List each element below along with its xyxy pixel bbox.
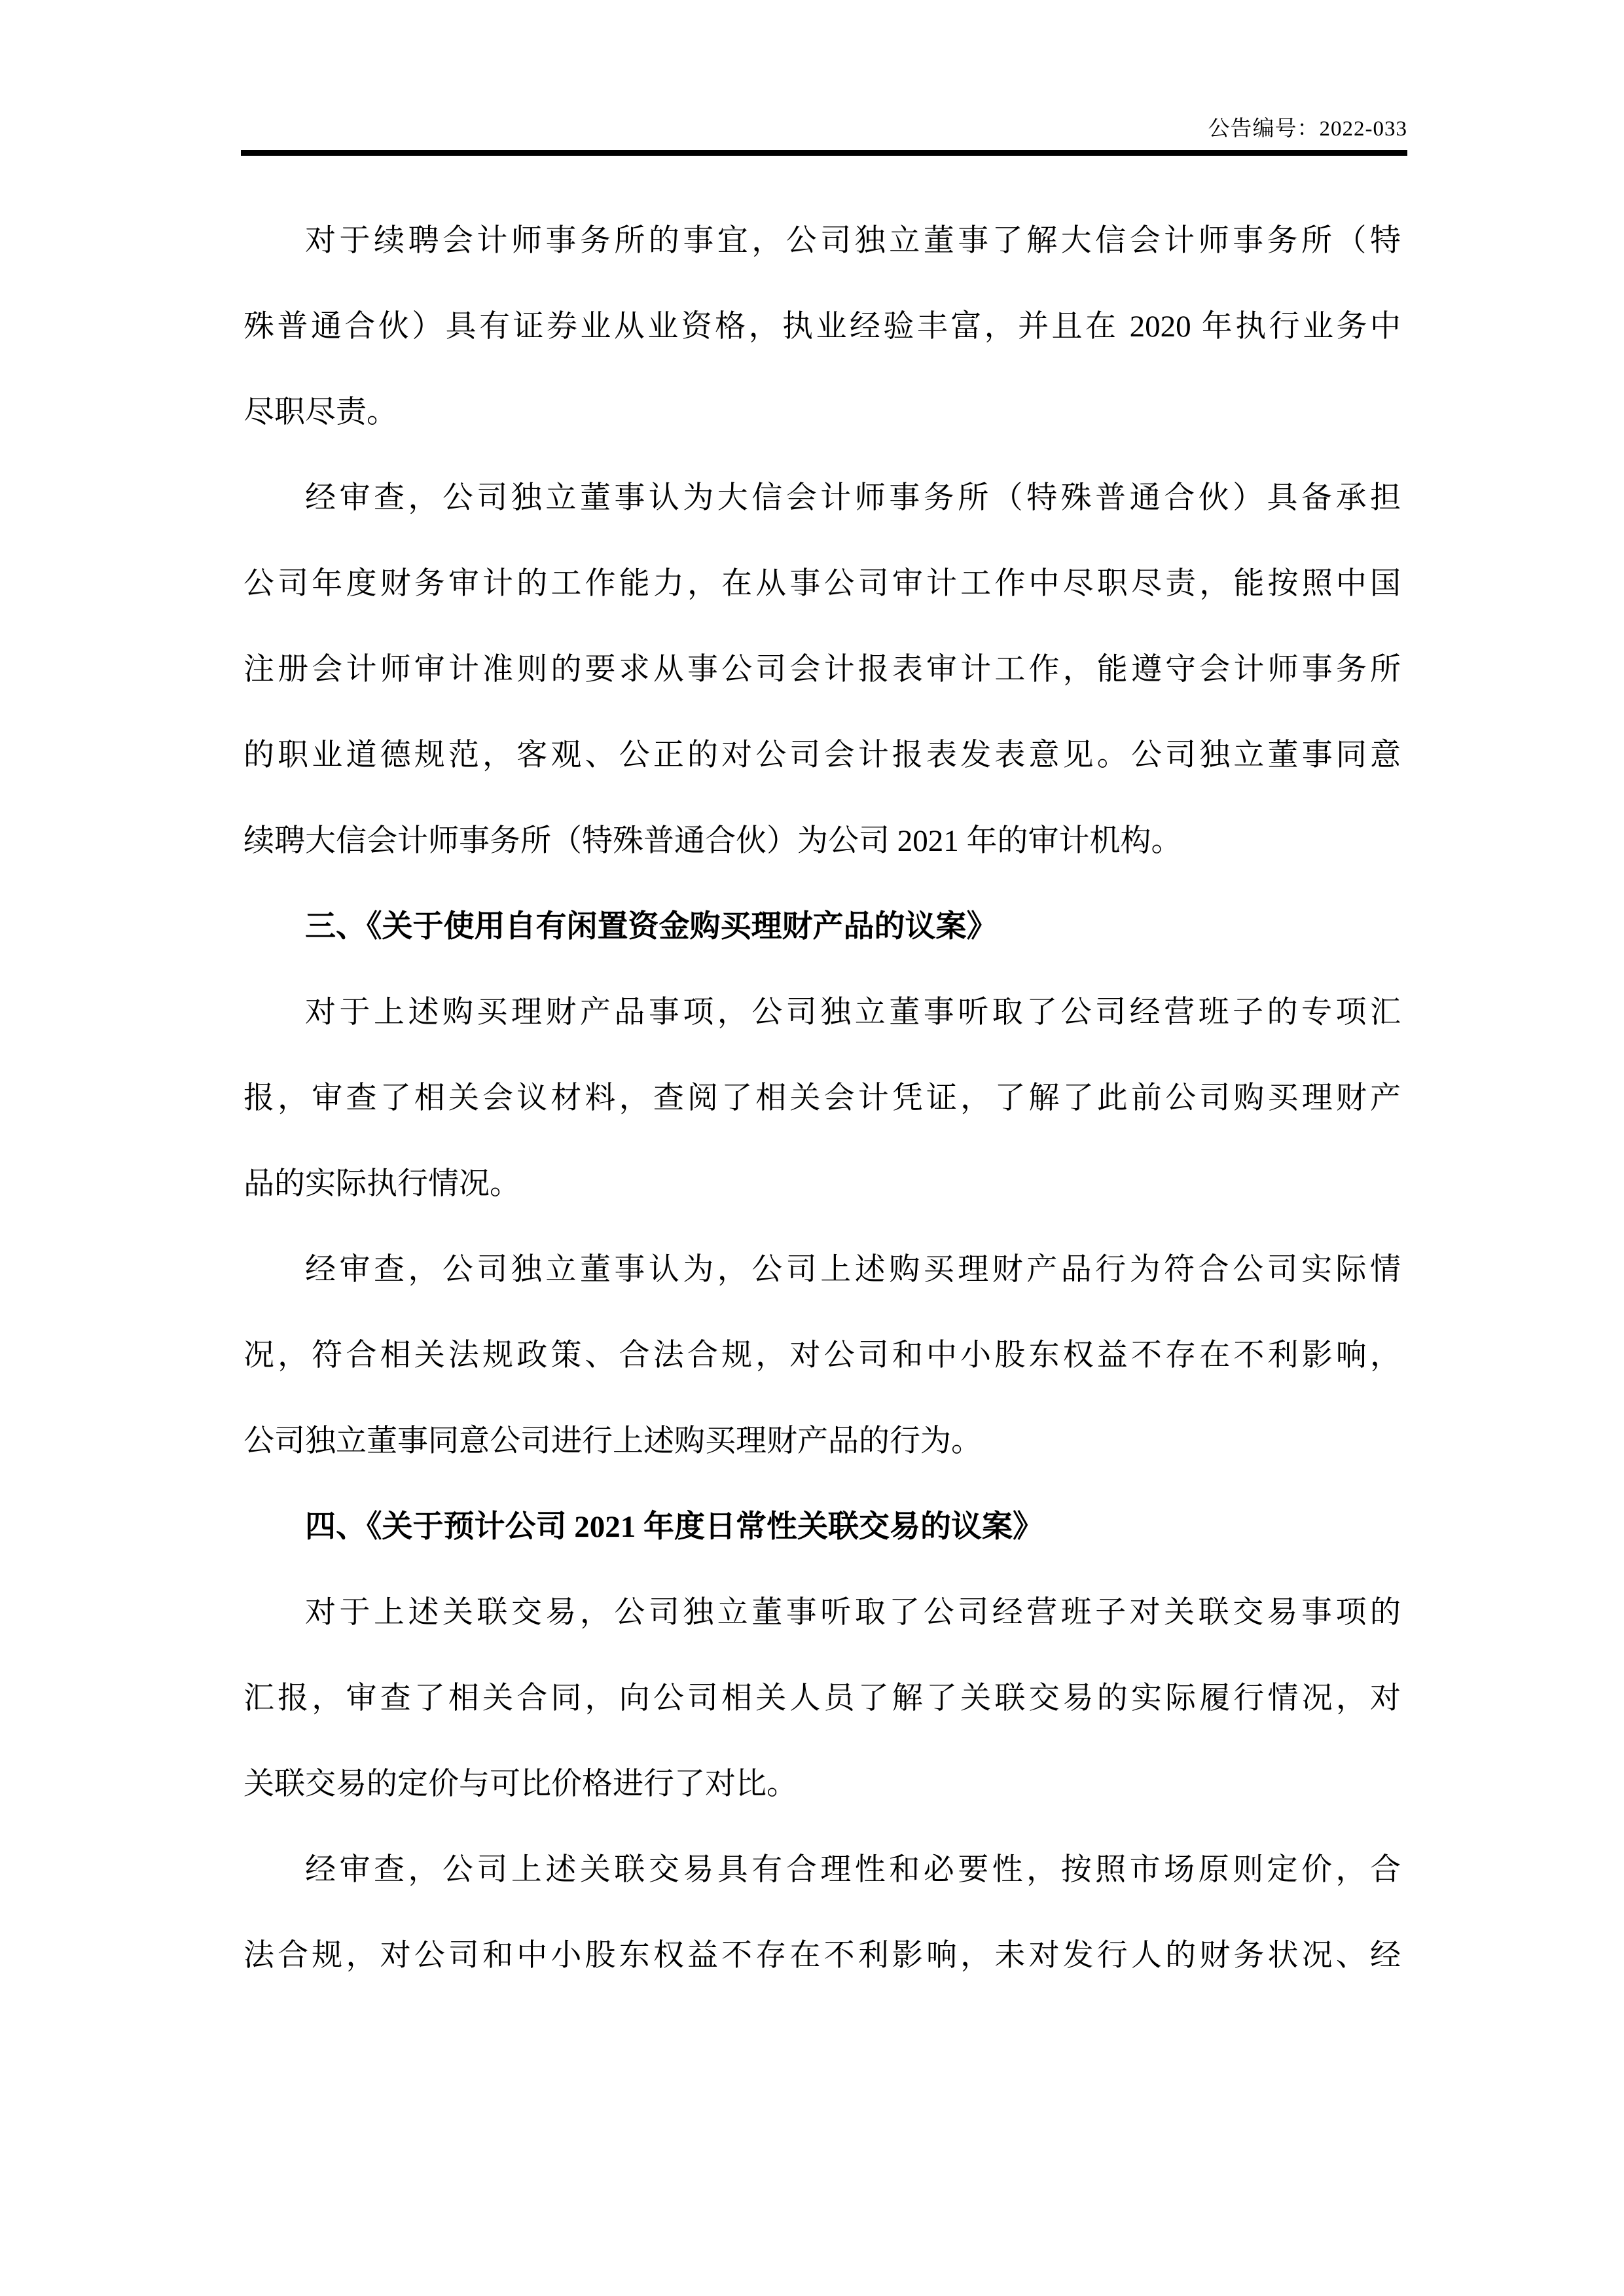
section-heading-3: 三、《关于使用自有闲置资金购买理财产品的议案》: [244, 884, 1401, 970]
paragraph-6-line-2: 法合规，对公司和中小股东权益不存在不利影响，未对发行人的财务状况、经: [244, 1913, 1401, 1999]
paragraph-1-line-2: 殊普通合伙）具有证券业从业资格，执业经验丰富，并且在 2020 年执行业务中: [244, 284, 1401, 370]
announcement-number: 公告编号：2022-033: [1208, 117, 1408, 141]
paragraph-1-line-1: 对于续聘会计师事务所的事宜，公司独立董事了解大信会计师事务所（特: [244, 198, 1401, 284]
paragraph-4-line-1: 经审查，公司独立董事认为，公司上述购买理财产品行为符合公司实际情: [244, 1227, 1401, 1313]
page-header: 公告编号：2022-033: [242, 114, 1407, 144]
paragraph-3-line-3: 品的实际执行情况。: [244, 1141, 1401, 1227]
paragraph-5-line-2: 汇报，审查了相关合同，向公司相关人员了解了关联交易的实际履行情况，对: [244, 1656, 1401, 1742]
paragraph-5-line-1: 对于上述关联交易，公司独立董事听取了公司经营班子对关联交易事项的: [244, 1570, 1401, 1656]
paragraph-6-line-1: 经审查，公司上述关联交易具有合理性和必要性，按照市场原则定价，合: [244, 1827, 1401, 1913]
paragraph-3-line-2: 报，审查了相关会议材料，查阅了相关会计凭证，了解了此前公司购买理财产: [244, 1056, 1401, 1141]
paragraph-2-line-5: 续聘大信会计师事务所（特殊普通合伙）为公司 2021 年的审计机构。: [244, 798, 1401, 884]
document-page: 公告编号：2022-033 对于续聘会计师事务所的事宜，公司独立董事了解大信会计…: [0, 0, 1624, 2296]
paragraph-5-line-3: 关联交易的定价与可比价格进行了对比。: [244, 1742, 1401, 1827]
header-divider: [241, 150, 1407, 156]
paragraph-2-line-4: 的职业道德规范，客观、公正的对公司会计报表发表意见。公司独立董事同意: [244, 713, 1401, 798]
paragraph-2-line-2: 公司年度财务审计的工作能力，在从事公司审计工作中尽职尽责，能按照中国: [244, 541, 1401, 627]
document-body: 对于续聘会计师事务所的事宜，公司独立董事了解大信会计师事务所（特 殊普通合伙）具…: [244, 198, 1401, 1999]
section-heading-4: 四、《关于预计公司 2021 年度日常性关联交易的议案》: [244, 1484, 1401, 1570]
paragraph-4-line-3: 公司独立董事同意公司进行上述购买理财产品的行为。: [244, 1399, 1401, 1484]
paragraph-3-line-1: 对于上述购买理财产品事项，公司独立董事听取了公司经营班子的专项汇: [244, 970, 1401, 1056]
paragraph-4-line-2: 况，符合相关法规政策、合法合规，对公司和中小股东权益不存在不利影响，: [244, 1313, 1401, 1399]
paragraph-2-line-1: 经审查，公司独立董事认为大信会计师事务所（特殊普通合伙）具备承担: [244, 456, 1401, 541]
paragraph-1-line-3: 尽职尽责。: [244, 370, 1401, 456]
paragraph-2-line-3: 注册会计师审计准则的要求从事公司会计报表审计工作，能遵守会计师事务所: [244, 627, 1401, 713]
